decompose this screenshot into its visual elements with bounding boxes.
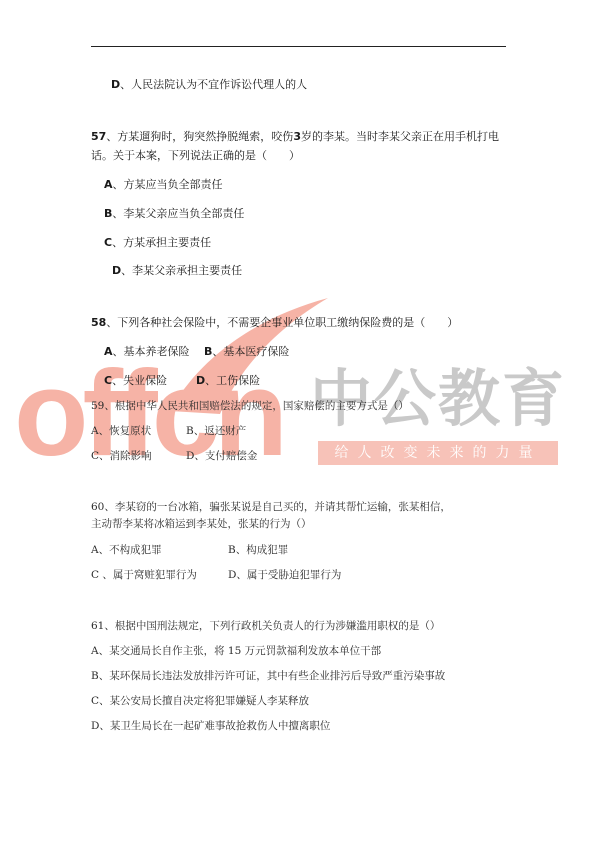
question-57-option-b: B、李某父亲应当负全部责任 <box>104 205 244 221</box>
question-number: 58 <box>91 316 106 329</box>
question-61-option-c: C、某公安局长擅自决定将犯罪嫌疑人李某释放 <box>91 693 309 708</box>
question-59-option-d: D、支付赔偿金 <box>186 448 257 463</box>
question-57-option-c: C、方某承担主要责任 <box>104 234 211 250</box>
question-58-option-d: D、工伤保险 <box>196 372 260 388</box>
question-58-stem: 58、下列各种社会保险中，不需要企事业单位职工缴纳保险费的是（ ） <box>91 314 458 330</box>
question-59-stem: 59、根据中华人民共和国赔偿法的规定，国家赔偿的主要方式是（） <box>91 398 409 413</box>
question-59-option-b: B、返还财产 <box>186 423 246 438</box>
question-57-stem-line1: 57、方某遛狗时，狗突然挣脱绳索，咬伤3岁的李某。当时李某父亲正在用手机打电 <box>91 128 499 144</box>
header-rule <box>91 46 506 47</box>
question-59-option-c: C、消除影响 <box>91 448 152 463</box>
question-57-option-a: A、方某应当负全部责任 <box>104 176 223 192</box>
question-61-option-b: B、某环保局长违法发放排污许可证，其中有些企业排污后导致严重污染事故 <box>91 668 445 683</box>
question-59-option-a: A、恢复原状 <box>91 423 151 438</box>
question-57-option-d: D、李某父亲承担主要责任 <box>112 262 242 278</box>
prev-option-d: D、人民法院认为不宜作诉讼代理人的人 <box>111 76 307 92</box>
question-58-option-c: C、失业保险 <box>104 372 167 388</box>
question-60-option-d: D、属于受胁迫犯罪行为 <box>228 567 341 582</box>
question-60-option-b: B、构成犯罪 <box>228 542 288 557</box>
question-58-option-b: B、基本医疗保险 <box>204 343 289 359</box>
question-58-option-a: A、基本养老保险 <box>104 343 190 359</box>
question-61-option-d: D、某卫生局长在一起矿难事故抢救伤人中擅离职位 <box>91 718 330 733</box>
question-60-option-a: A、不构成犯罪 <box>91 542 162 557</box>
question-61-option-a: A、某交通局长自作主张，将 15 万元罚款福利发放本单位干部 <box>91 643 381 658</box>
watermark-slogan: 给人改变未来的力量 <box>318 441 558 465</box>
question-60-stem-line1: 60、李某窃的一台冰箱，骗张某说是自己买的，并请其帮忙运输，张某相信， <box>91 499 451 514</box>
question-61-stem: 61、根据中国刑法规定，下列行政机关负责人的行为涉嫌滥用职权的是（） <box>91 618 440 633</box>
question-57-stem-line2: 话。关于本案，下列说法正确的是（ ） <box>91 147 300 163</box>
question-60-stem-line2: 主动帮李某将冰箱运到李某处，张某的行为（） <box>91 516 312 531</box>
question-number: 57 <box>91 130 106 143</box>
question-60-option-c: C 、属于窝赃犯罪行为 <box>91 567 197 582</box>
